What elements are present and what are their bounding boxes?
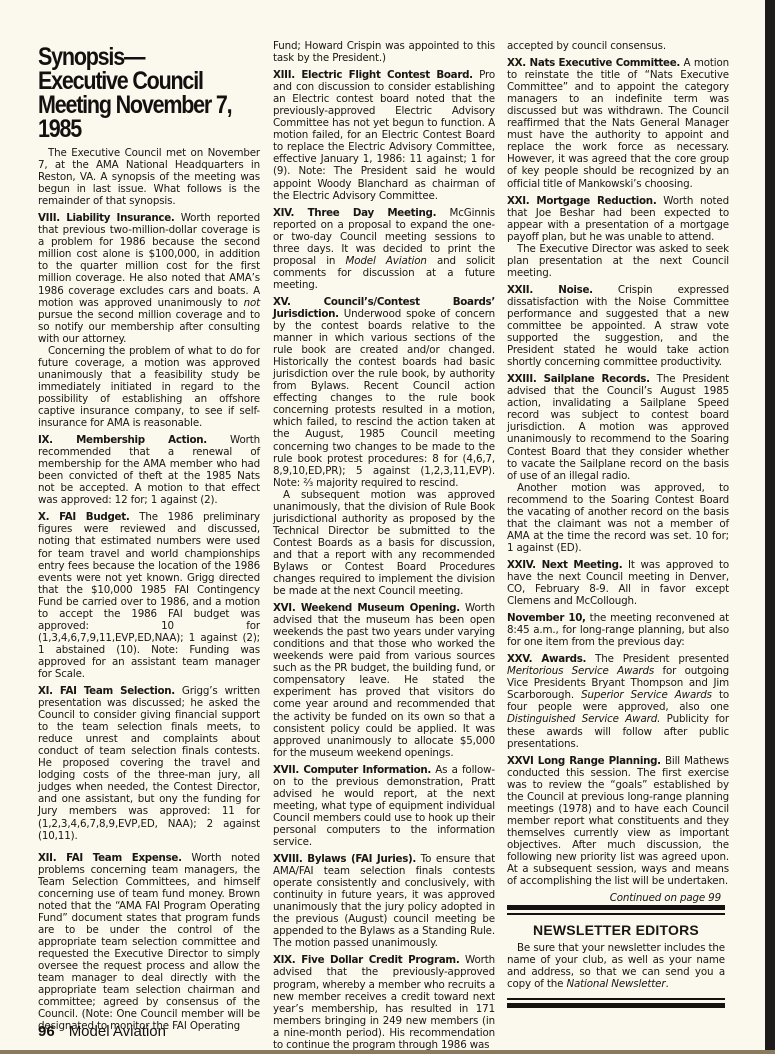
section-text: Pro and con discussion to consider estab…	[273, 69, 495, 201]
section-xix: XIX. Five Dollar Credit Program. Worth a…	[273, 954, 495, 1050]
section-text: A motion to reinstate the title of “Nats…	[507, 57, 729, 189]
section-ix: IX. Membership Action. Worth recommended…	[38, 434, 260, 506]
column-1: Synopsis— Executive Council Meeting Nove…	[38, 40, 260, 1037]
section-heading: XVI. Weekend Museum Opening.	[273, 602, 460, 614]
section-heading: XXVI Long Range Planning.	[507, 755, 661, 767]
newsletter-editors-box: NEWSLETTER EDITORS Be sure that your new…	[507, 905, 725, 1008]
section-text: The President presented	[586, 653, 729, 665]
section-xxiii-para2: Another motion was approved, to recommen…	[507, 482, 729, 554]
section-xv: XV. Council’s/Contest Boards’ Jurisdicti…	[273, 296, 495, 489]
section-text: Crispin expressed dissatisfaction with t…	[507, 284, 729, 368]
magazine-page: Synopsis— Executive Council Meeting Nove…	[0, 0, 765, 1050]
title-line: Meeting November 7,	[38, 93, 262, 117]
top-rule-thin	[507, 913, 725, 915]
section-xii-continued: Fund; Howard Crispin was appointed to th…	[273, 40, 495, 64]
section-x: X. FAI Budget. The 1986 preliminary figu…	[38, 511, 260, 680]
section-heading: XXIV. Next Meeting.	[507, 559, 622, 571]
page-footer: 96Model Aviation	[38, 1023, 166, 1040]
publication-name: Model Aviation	[69, 1023, 166, 1040]
section-text: Worth noted problems concerning team man…	[38, 852, 260, 1033]
section-heading: X. FAI Budget.	[38, 511, 129, 523]
section-heading: VIII. Liability Insurance.	[38, 212, 175, 224]
section-heading: XI. FAI Team Selection.	[38, 685, 175, 697]
section-viii-para2: Concerning the problem of what to do for…	[38, 345, 260, 429]
section-heading: XIX. Five Dollar Credit Program.	[273, 954, 459, 966]
section-heading: IX. Membership Action.	[38, 434, 207, 446]
emphasis: Superior Service Awards	[581, 689, 712, 701]
section-xv-para2: A subsequent motion was approved unanimo…	[273, 489, 495, 597]
section-viii: VIII. Liability Insurance. Worth reporte…	[38, 212, 260, 345]
section-heading: XXIII. Sailplane Records.	[507, 373, 650, 385]
section-text: To ensure that AMA/FAI team selection fi…	[273, 853, 495, 949]
section-text: Grigg’s written presentation was discuss…	[38, 685, 260, 842]
section-text: Worth advised that the previously-approv…	[273, 954, 495, 1050]
section-text: Worth advised that the museum has been o…	[273, 602, 495, 759]
section-xix-continued: accepted by council consensus.	[507, 40, 729, 52]
emphasis: Meritorious Service Awards	[507, 665, 654, 677]
page-edge-bottom	[0, 1050, 775, 1054]
section-heading: November 10,	[507, 612, 586, 624]
title-line: Executive Council	[38, 69, 262, 93]
section-heading: XIII. Electric Flight Contest Board.	[273, 69, 473, 81]
box-title: NEWSLETTER EDITORS	[507, 922, 725, 938]
emphasis: Model Aviation	[346, 255, 427, 267]
article-intro: The Executive Council met on November 7,…	[38, 147, 260, 207]
section-xxvi: XXVI Long Range Planning. Bill Mathews c…	[507, 755, 729, 888]
box-body: .	[665, 978, 668, 990]
section-heading: XIV. Three Day Meeting.	[273, 207, 436, 219]
section-text: Underwood spoke of concern by the contes…	[273, 308, 495, 489]
section-xx: XX. Nats Executive Committee. A motion t…	[507, 57, 729, 190]
emphasis: not	[244, 297, 260, 309]
continued-note: Continued on page 99	[507, 892, 721, 904]
section-text: The President advised that the Council’s…	[507, 373, 729, 481]
box-text: Be sure that your newsletter includes th…	[507, 942, 725, 990]
section-xxi-para2: The Executive Director was asked to seek…	[507, 243, 729, 279]
section-xi: XI. FAI Team Selection. Grigg’s written …	[38, 685, 260, 842]
section-heading: XVII. Computer Information.	[273, 764, 431, 776]
section-heading: XII. FAI Team Expense.	[38, 852, 182, 864]
section-xiv: XIV. Three Day Meeting. McGinnis reporte…	[273, 207, 495, 291]
section-heading: XXII. Noise.	[507, 284, 593, 296]
title-line: 1985	[38, 117, 262, 141]
section-heading: XXV. Awards.	[507, 653, 586, 665]
section-text: As a follow-on to the previous demonstra…	[273, 764, 495, 848]
title-line: Synopsis—	[38, 45, 262, 69]
section-xiii: XIII. Electric Flight Contest Board. Pro…	[273, 69, 495, 202]
section-xvi: XVI. Weekend Museum Opening. Worth advis…	[273, 602, 495, 759]
article-title: Synopsis— Executive Council Meeting Nove…	[38, 45, 262, 141]
section-xxv: XXV. Awards. The President presented Mer…	[507, 653, 729, 749]
section-xxi: XXI. Mortgage Reduction. Worth noted tha…	[507, 195, 729, 243]
page-number: 96	[38, 1023, 55, 1040]
bottom-rule-thick	[507, 1003, 725, 1008]
section-text: The 1986 preliminary figures were review…	[38, 511, 260, 680]
november-10-note: November 10, the meeting reconvened at 8…	[507, 612, 729, 648]
column-3: accepted by council consensus. XX. Nats …	[507, 40, 729, 910]
section-heading: XVIII. Bylaws (FAI Juries).	[273, 853, 416, 865]
section-text: Worth reported that previous two-million…	[38, 212, 260, 308]
emphasis: Distinguished Service Award.	[507, 713, 660, 725]
page-edge-shadow	[765, 0, 775, 1054]
section-xvii: XVII. Computer Information. As a follow-…	[273, 764, 495, 848]
section-text: Bill Mathews conducted this session. The…	[507, 755, 729, 887]
section-xxiv: XXIV. Next Meeting. It was approved to h…	[507, 559, 729, 607]
section-xviii: XVIII. Bylaws (FAI Juries). To ensure th…	[273, 853, 495, 949]
section-heading: XXI. Mortgage Reduction.	[507, 195, 656, 207]
section-text: pursue the second million coverage and t…	[38, 309, 260, 345]
section-heading: XX. Nats Executive Committee.	[507, 57, 680, 69]
top-rule-thick	[507, 905, 725, 910]
section-xii: XII. FAI Team Expense. Worth noted probl…	[38, 852, 260, 1033]
emphasis: National Newsletter	[566, 978, 665, 990]
section-xxiii: XXIII. Sailplane Records. The President …	[507, 373, 729, 481]
section-xxii: XXII. Noise. Crispin expressed dissatisf…	[507, 284, 729, 368]
column-2: Fund; Howard Crispin was appointed to th…	[273, 40, 495, 1054]
